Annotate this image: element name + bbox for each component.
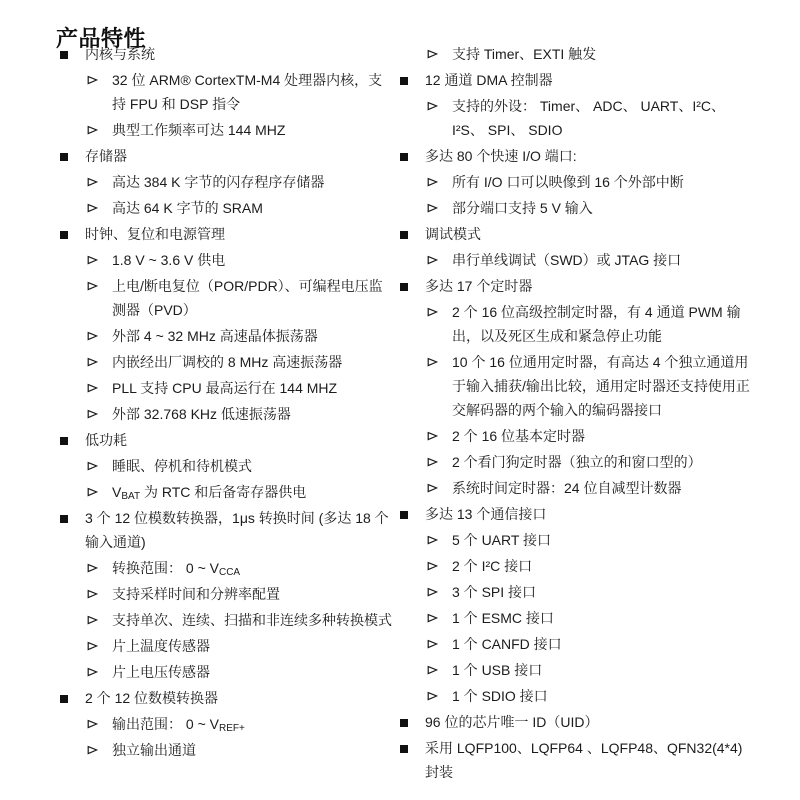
feature-text: 时钟、复位和电源管理 [85, 222, 392, 246]
feature-item: 32 位 ARM® CortexTM-M4 处理器内核，支持 FPU 和 DSP… [60, 68, 392, 116]
feature-item: 10 个 16 位通用定时器，有高达 4 个独立通道用于输入捕获/输出比较，通用… [400, 350, 752, 422]
feature-item: 多达 17 个定时器 [400, 274, 752, 298]
square-bullet-icon [60, 428, 85, 452]
arrow-bullet-icon [87, 480, 112, 498]
feature-item: 串行单线调试（SWD）或 JTAG 接口 [400, 248, 752, 272]
feature-item: 1 个 ESMC 接口 [400, 606, 752, 630]
feature-item: 高达 384 K 字节的闪存程序存储器 [60, 170, 392, 194]
arrow-bullet-icon [427, 248, 452, 266]
feature-item: 所有 I/O 口可以映像到 16 个外部中断 [400, 170, 752, 194]
square-bullet-icon [60, 222, 85, 246]
square-bullet-icon [400, 736, 425, 760]
feature-text: 上电/断电复位（POR/PDR）、可编程电压监测器（PVD） [112, 274, 392, 322]
arrow-bullet-icon [427, 300, 452, 318]
arrow-bullet-icon [427, 94, 452, 112]
feature-item: 独立输出通道 [60, 738, 392, 762]
feature-item: 1 个 CANFD 接口 [400, 632, 752, 656]
feature-text: 睡眠、停机和待机模式 [112, 454, 392, 478]
feature-item: PLL 支持 CPU 最高运行在 144 MHZ [60, 376, 392, 400]
arrow-bullet-icon [427, 632, 452, 650]
feature-item: 96 位的芯片唯一 ID（UID） [400, 710, 752, 734]
arrow-bullet-icon [87, 634, 112, 652]
feature-text: 1 个 CANFD 接口 [452, 632, 752, 656]
feature-item: 低功耗 [60, 428, 392, 452]
feature-item: 调试模式 [400, 222, 752, 246]
feature-text: PLL 支持 CPU 最高运行在 144 MHZ [112, 376, 392, 400]
feature-text: 存储器 [85, 144, 392, 168]
feature-text: 2 个 12 位数模转换器 [85, 686, 392, 710]
feature-text: 支持单次、连续、扫描和非连续多种转换模式 [112, 608, 392, 632]
feature-item: 高达 64 K 字节的 SRAM [60, 196, 392, 220]
feature-item: 支持单次、连续、扫描和非连续多种转换模式 [60, 608, 392, 632]
feature-text: 1 个 ESMC 接口 [452, 606, 752, 630]
feature-item: 外部 32.768 KHz 低速振荡器 [60, 402, 392, 426]
arrow-bullet-icon [87, 196, 112, 214]
arrow-bullet-icon [87, 350, 112, 368]
feature-item: 12 通道 DMA 控制器 [400, 68, 752, 92]
arrow-bullet-icon [427, 476, 452, 494]
arrow-bullet-icon [87, 608, 112, 626]
arrow-bullet-icon [87, 248, 112, 266]
square-bullet-icon [400, 502, 425, 526]
arrow-bullet-icon [427, 196, 452, 214]
feature-item: 睡眠、停机和待机模式 [60, 454, 392, 478]
arrow-bullet-icon [87, 556, 112, 574]
document-page: 产品特性 内核与系统32 位 ARM® CortexTM-M4 处理器内核，支持… [0, 0, 800, 800]
square-bullet-icon [400, 68, 425, 92]
feature-item: 多达 13 个通信接口 [400, 502, 752, 526]
feature-text: 采用 LQFP100、LQFP64 、LQFP48、QFN32(4*4)封装 [425, 736, 752, 784]
arrow-bullet-icon [87, 454, 112, 472]
feature-item: 2 个 16 位基本定时器 [400, 424, 752, 448]
feature-item: 部分端口支持 5 V 输入 [400, 196, 752, 220]
arrow-bullet-icon [427, 350, 452, 368]
feature-text: 5 个 UART 接口 [452, 528, 752, 552]
feature-text: 转换范围： 0 ~ VCCA [112, 556, 392, 580]
feature-text: 1.8 V ~ 3.6 V 供电 [112, 248, 392, 272]
feature-text: 1 个 USB 接口 [452, 658, 752, 682]
feature-item: 内核与系统 [60, 42, 392, 66]
feature-item: 采用 LQFP100、LQFP64 、LQFP48、QFN32(4*4)封装 [400, 736, 752, 784]
feature-item: VBAT 为 RTC 和后备寄存器供电 [60, 480, 392, 504]
arrow-bullet-icon [427, 580, 452, 598]
arrow-bullet-icon [427, 424, 452, 442]
arrow-bullet-icon [87, 738, 112, 756]
square-bullet-icon [60, 686, 85, 710]
feature-text: 2 个看门狗定时器（独立的和窗口型的） [452, 450, 752, 474]
feature-item: 1 个 USB 接口 [400, 658, 752, 682]
feature-text: 独立输出通道 [112, 738, 392, 762]
feature-text: 支持的外设： Timer、 ADC、 UART、I²C、 I²S、 SPI、 S… [452, 94, 752, 142]
square-bullet-icon [400, 274, 425, 298]
feature-text: 串行单线调试（SWD）或 JTAG 接口 [452, 248, 752, 272]
feature-item: 内嵌经出厂调校的 8 MHz 高速振荡器 [60, 350, 392, 374]
arrow-bullet-icon [427, 528, 452, 546]
feature-text: 高达 384 K 字节的闪存程序存储器 [112, 170, 392, 194]
arrow-bullet-icon [427, 658, 452, 676]
feature-item: 存储器 [60, 144, 392, 168]
arrow-bullet-icon [87, 402, 112, 420]
feature-item: 2 个看门狗定时器（独立的和窗口型的） [400, 450, 752, 474]
feature-text: 12 通道 DMA 控制器 [425, 68, 752, 92]
feature-text: 多达 13 个通信接口 [425, 502, 752, 526]
square-bullet-icon [400, 144, 425, 168]
feature-item: 3 个 12 位模数转换器，1μs 转换时间 (多达 18 个输入通道) [60, 506, 392, 554]
feature-text: 低功耗 [85, 428, 392, 452]
feature-text: 96 位的芯片唯一 ID（UID） [425, 710, 752, 734]
feature-text: 典型工作频率可达 144 MHZ [112, 118, 392, 142]
feature-text: 输出范围： 0 ~ VREF+ [112, 712, 392, 736]
feature-item: 1 个 SDIO 接口 [400, 684, 752, 708]
feature-item: 上电/断电复位（POR/PDR）、可编程电压监测器（PVD） [60, 274, 392, 322]
feature-item: 3 个 SPI 接口 [400, 580, 752, 604]
feature-text: 3 个 12 位模数转换器，1μs 转换时间 (多达 18 个输入通道) [85, 506, 392, 554]
square-bullet-icon [60, 42, 85, 66]
arrow-bullet-icon [87, 274, 112, 292]
feature-item: 转换范围： 0 ~ VCCA [60, 556, 392, 580]
arrow-bullet-icon [87, 324, 112, 342]
features-column-right: 支持 Timer、EXTI 触发12 通道 DMA 控制器支持的外设： Time… [400, 42, 752, 786]
feature-item: 片上温度传感器 [60, 634, 392, 658]
feature-text: 2 个 I²C 接口 [452, 554, 752, 578]
feature-item: 多达 80 个快速 I/O 端口: [400, 144, 752, 168]
feature-text: 10 个 16 位通用定时器，有高达 4 个独立通道用于输入捕获/输出比较，通用… [452, 350, 752, 422]
feature-item: 典型工作频率可达 144 MHZ [60, 118, 392, 142]
feature-text: 外部 4 ~ 32 MHz 高速晶体振荡器 [112, 324, 392, 348]
arrow-bullet-icon [87, 170, 112, 188]
square-bullet-icon [60, 506, 85, 530]
feature-text: 调试模式 [425, 222, 752, 246]
feature-item: 1.8 V ~ 3.6 V 供电 [60, 248, 392, 272]
feature-text: 片上电压传感器 [112, 660, 392, 684]
feature-text: 内核与系统 [85, 42, 392, 66]
feature-item: 外部 4 ~ 32 MHz 高速晶体振荡器 [60, 324, 392, 348]
arrow-bullet-icon [427, 554, 452, 572]
feature-item: 时钟、复位和电源管理 [60, 222, 392, 246]
feature-text: 3 个 SPI 接口 [452, 580, 752, 604]
arrow-bullet-icon [87, 68, 112, 86]
square-bullet-icon [400, 222, 425, 246]
feature-item: 支持采样时间和分辨率配置 [60, 582, 392, 606]
feature-item: 2 个 I²C 接口 [400, 554, 752, 578]
arrow-bullet-icon [427, 606, 452, 624]
feature-text: 内嵌经出厂调校的 8 MHz 高速振荡器 [112, 350, 392, 374]
feature-item: 片上电压传感器 [60, 660, 392, 684]
feature-text: 所有 I/O 口可以映像到 16 个外部中断 [452, 170, 752, 194]
feature-text: 32 位 ARM® CortexTM-M4 处理器内核，支持 FPU 和 DSP… [112, 68, 392, 116]
feature-item: 2 个 16 位高级控制定时器，有 4 通道 PWM 输出，以及死区生成和紧急停… [400, 300, 752, 348]
arrow-bullet-icon [87, 376, 112, 394]
feature-text: 外部 32.768 KHz 低速振荡器 [112, 402, 392, 426]
arrow-bullet-icon [427, 170, 452, 188]
arrow-bullet-icon [427, 42, 452, 60]
arrow-bullet-icon [427, 684, 452, 702]
square-bullet-icon [400, 710, 425, 734]
feature-text: VBAT 为 RTC 和后备寄存器供电 [112, 480, 392, 504]
feature-text: 多达 17 个定时器 [425, 274, 752, 298]
feature-item: 支持 Timer、EXTI 触发 [400, 42, 752, 66]
arrow-bullet-icon [87, 118, 112, 136]
feature-text: 部分端口支持 5 V 输入 [452, 196, 752, 220]
arrow-bullet-icon [87, 582, 112, 600]
feature-item: 输出范围： 0 ~ VREF+ [60, 712, 392, 736]
feature-text: 多达 80 个快速 I/O 端口: [425, 144, 752, 168]
feature-text: 支持 Timer、EXTI 触发 [452, 42, 752, 66]
arrow-bullet-icon [427, 450, 452, 468]
features-column-left: 内核与系统32 位 ARM® CortexTM-M4 处理器内核，支持 FPU … [60, 42, 392, 764]
feature-item: 2 个 12 位数模转换器 [60, 686, 392, 710]
feature-text: 1 个 SDIO 接口 [452, 684, 752, 708]
feature-text: 支持采样时间和分辨率配置 [112, 582, 392, 606]
arrow-bullet-icon [87, 660, 112, 678]
feature-text: 高达 64 K 字节的 SRAM [112, 196, 392, 220]
feature-text: 2 个 16 位高级控制定时器，有 4 通道 PWM 输出，以及死区生成和紧急停… [452, 300, 752, 348]
feature-item: 支持的外设： Timer、 ADC、 UART、I²C、 I²S、 SPI、 S… [400, 94, 752, 142]
feature-item: 5 个 UART 接口 [400, 528, 752, 552]
arrow-bullet-icon [87, 712, 112, 730]
feature-text: 片上温度传感器 [112, 634, 392, 658]
feature-text: 2 个 16 位基本定时器 [452, 424, 752, 448]
square-bullet-icon [60, 144, 85, 168]
feature-item: 系统时间定时器：24 位自减型计数器 [400, 476, 752, 500]
feature-text: 系统时间定时器：24 位自减型计数器 [452, 476, 752, 500]
